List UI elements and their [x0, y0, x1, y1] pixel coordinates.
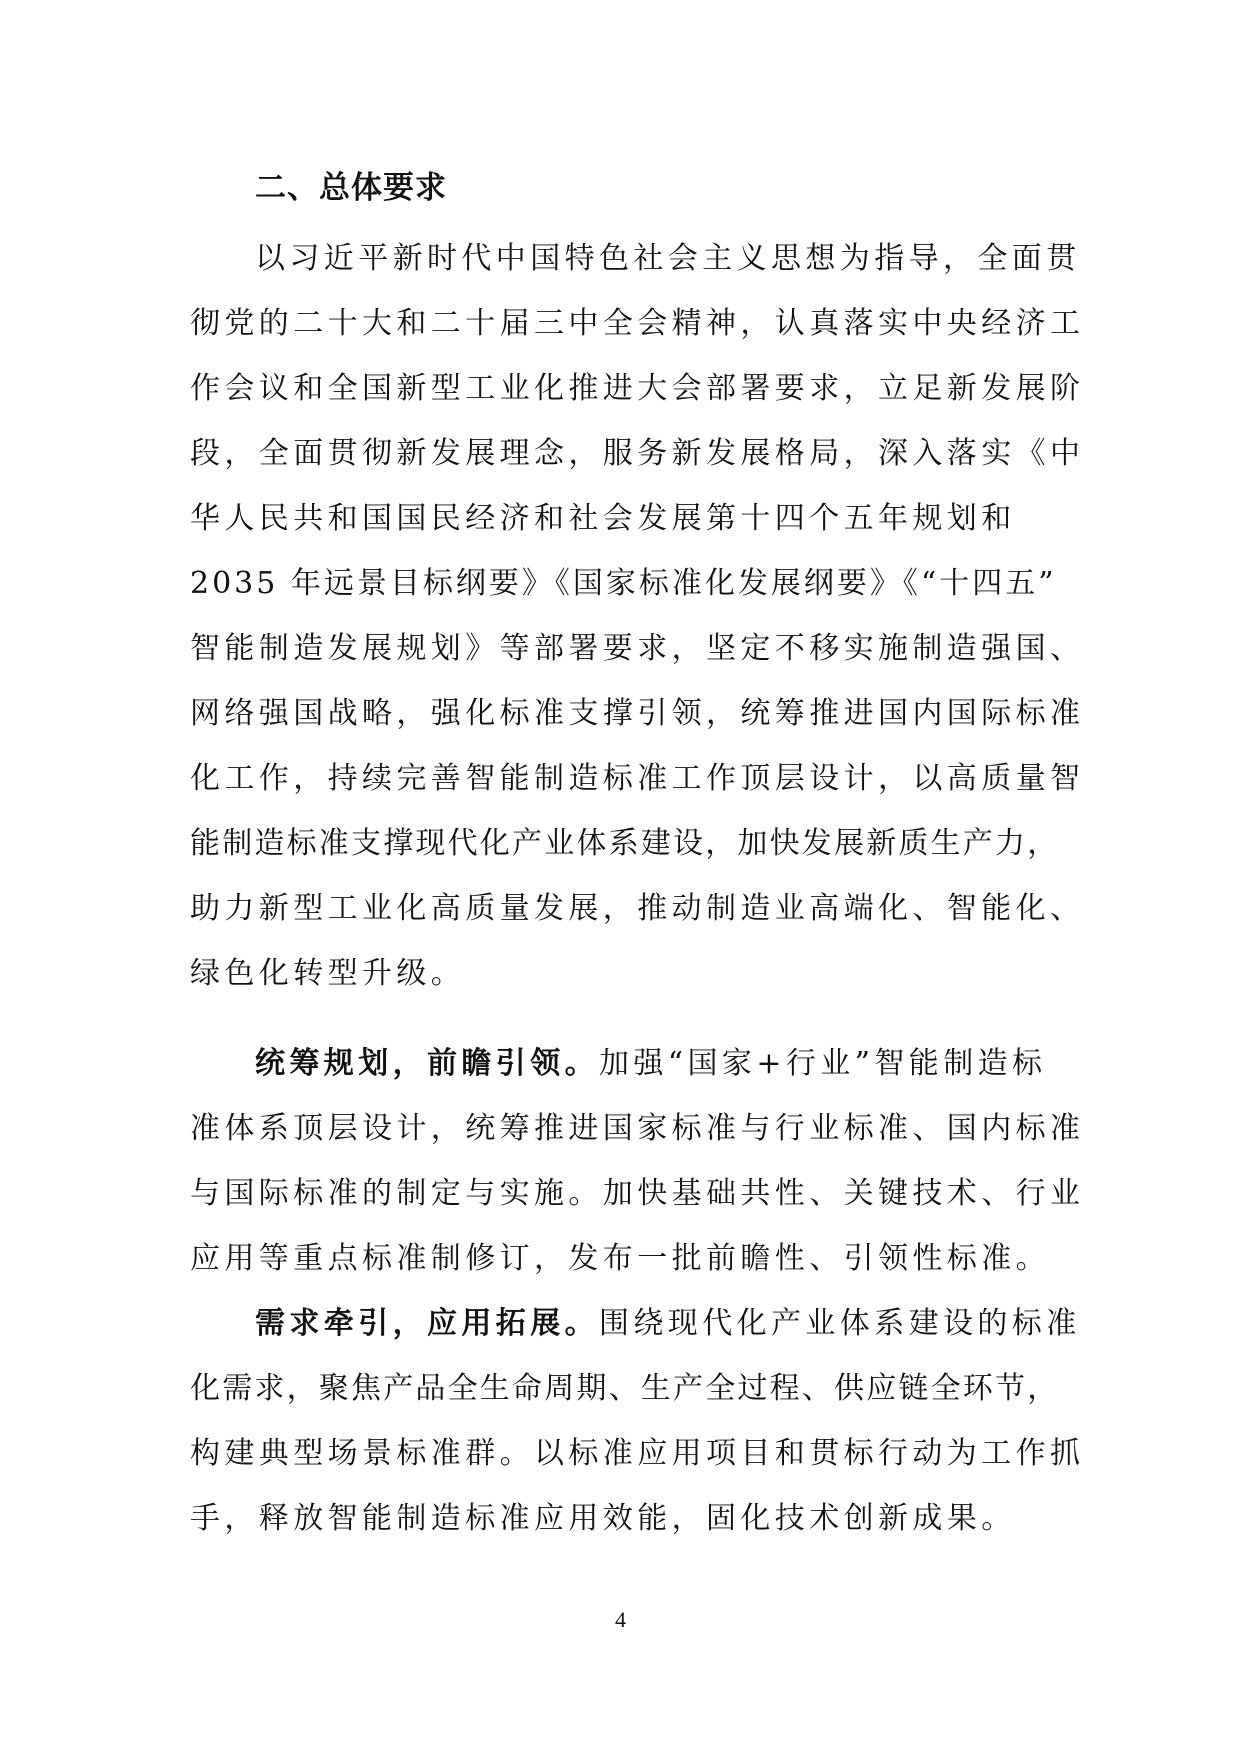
paragraph-line: 与国际标准的制定与实施。加快基础共性、关键技术、行业 [190, 1172, 1084, 1216]
document-page: 二、总体要求 以习近平新时代中国特色社会主义思想为指导，全面贯 彻党的二十大和二… [0, 0, 1241, 1754]
paragraph-line: 绿色化转型升级。 [190, 952, 465, 996]
paragraph-line: 助力新型工业化高质量发展，推动制造业高端化、智能化、 [190, 887, 1084, 931]
paragraph-line: 手，释放智能制造标准应用效能，固化技术创新成果。 [190, 1497, 1016, 1541]
page-number: 4 [0, 1607, 1241, 1633]
principle-text: 加强“国家+行业”智能制造标 [599, 1046, 1046, 1081]
paragraph-line: 需求牵引，应用拓展。围绕现代化产业体系建设的标准 [255, 1302, 1081, 1346]
paragraph-line: 彻党的二十大和二十届三中全会精神，认真落实中央经济工 [190, 302, 1084, 346]
section-heading: 二、总体要求 [255, 166, 447, 210]
principle-title: 需求牵引，应用拓展。 [255, 1306, 599, 1341]
paragraph-line: 应用等重点标准制修订，发布一批前瞻性、引领性标准。 [190, 1237, 1050, 1281]
paragraph-line: 作会议和全国新型工业化推进大会部署要求，立足新发展阶 [190, 367, 1084, 411]
principle-text: 围绕现代化产业体系建设的标准 [599, 1306, 1081, 1341]
paragraph-line: 构建典型场景标准群。以标准应用项目和贯标行动为工作抓 [190, 1432, 1084, 1476]
paragraph-line: 以习近平新时代中国特色社会主义思想为指导，全面贯 [255, 237, 1081, 281]
paragraph-line: 华人民共和国国民经济和社会发展第十四个五年规划和 [190, 497, 1016, 541]
paragraph-line: 2035 年远景目标纲要》《国家标准化发展纲要》《“十四五” [190, 562, 1057, 606]
paragraph-line: 准体系顶层设计，统筹推进国家标准与行业标准、国内标准 [190, 1107, 1084, 1151]
principle-title: 统筹规划，前瞻引领。 [255, 1046, 599, 1081]
paragraph-line: 化需求，聚焦产品全生命周期、生产全过程、供应链全环节， [190, 1367, 1059, 1411]
paragraph-line: 能制造标准支撑现代化产业体系建设，加快发展新质生产力， [190, 822, 1059, 866]
paragraph-line: 网络强国战略，强化标准支撑引领，统筹推进国内国际标准 [190, 692, 1084, 736]
paragraph-line: 智能制造发展规划》等部署要求，坚定不移实施制造强国、 [190, 627, 1084, 671]
paragraph-line: 段，全面贯彻新发展理念，服务新发展格局，深入落实《中 [190, 432, 1084, 476]
paragraph-line: 统筹规划，前瞻引领。加强“国家+行业”智能制造标 [255, 1042, 1046, 1086]
paragraph-line: 化工作，持续完善智能制造标准工作顶层设计，以高质量智 [190, 757, 1084, 801]
